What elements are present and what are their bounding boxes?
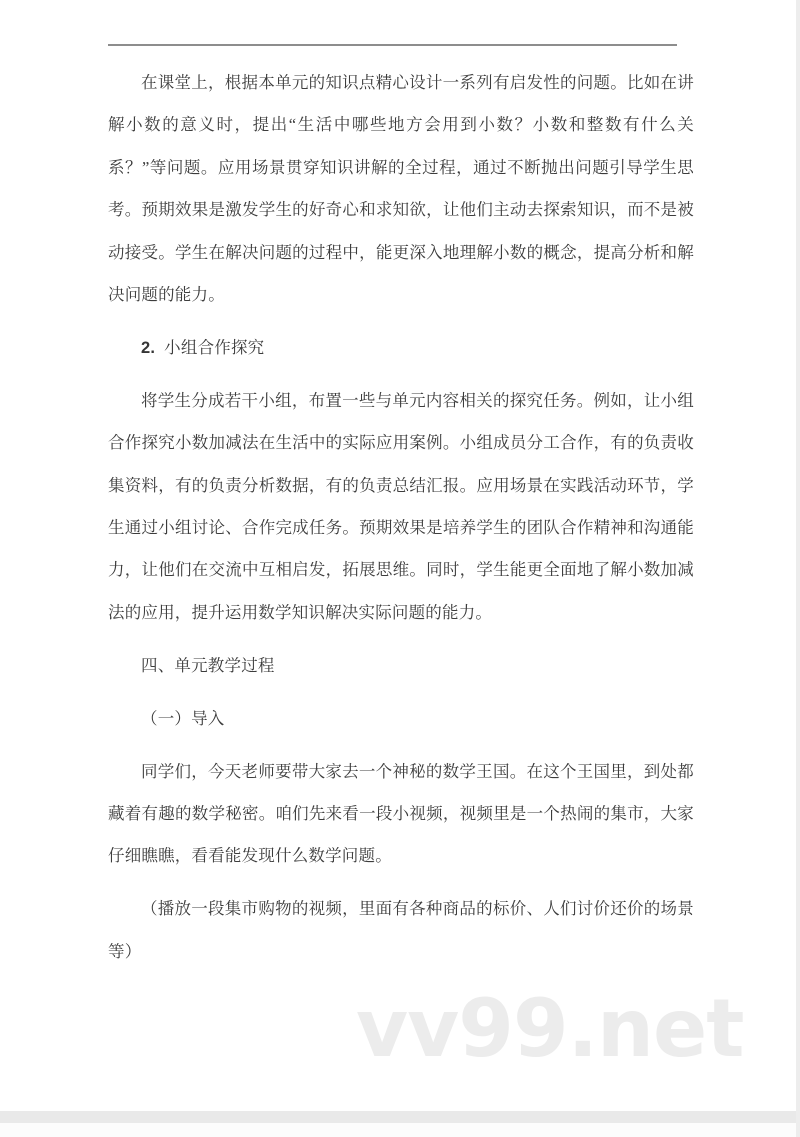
paragraph-video-stage-note: （播放一段集市购物的视频，里面有各种商品的标价、人们讨价还价的场景等） bbox=[108, 888, 694, 973]
site-watermark: vv99.net bbox=[356, 982, 743, 1075]
heading-lead-in: （一）导入 bbox=[108, 698, 694, 740]
document-body: 在课堂上，根据本单元的知识点精心设计一系列有启发性的问题。比如在讲解小数的意义时… bbox=[0, 0, 800, 984]
heading-section-four-teaching-process: 四、单元教学过程 bbox=[108, 645, 694, 687]
page-bottom-edge-band bbox=[0, 1111, 800, 1123]
next-page-top-area bbox=[0, 1123, 800, 1137]
heading-group-cooperation: 2.小组合作探究 bbox=[108, 327, 694, 369]
heading-text: 小组合作探究 bbox=[164, 338, 264, 357]
document-page: vv99.net 在课堂上，根据本单元的知识点精心设计一系列有启发性的问题。比如… bbox=[0, 0, 800, 1137]
paragraph-group-work: 将学生分成若干小组，布置一些与单元内容相关的探究任务。例如，让小组合作探究小数加… bbox=[108, 380, 694, 634]
paragraph-teacher-intro: 同学们，今天老师要带大家去一个神秘的数学王国。在这个王国里，到处都藏着有趣的数学… bbox=[108, 751, 694, 878]
page-right-edge bbox=[796, 0, 800, 1137]
paragraph-questioning-method: 在课堂上，根据本单元的知识点精心设计一系列有启发性的问题。比如在讲解小数的意义时… bbox=[108, 62, 694, 316]
heading-number: 2. bbox=[141, 339, 155, 357]
